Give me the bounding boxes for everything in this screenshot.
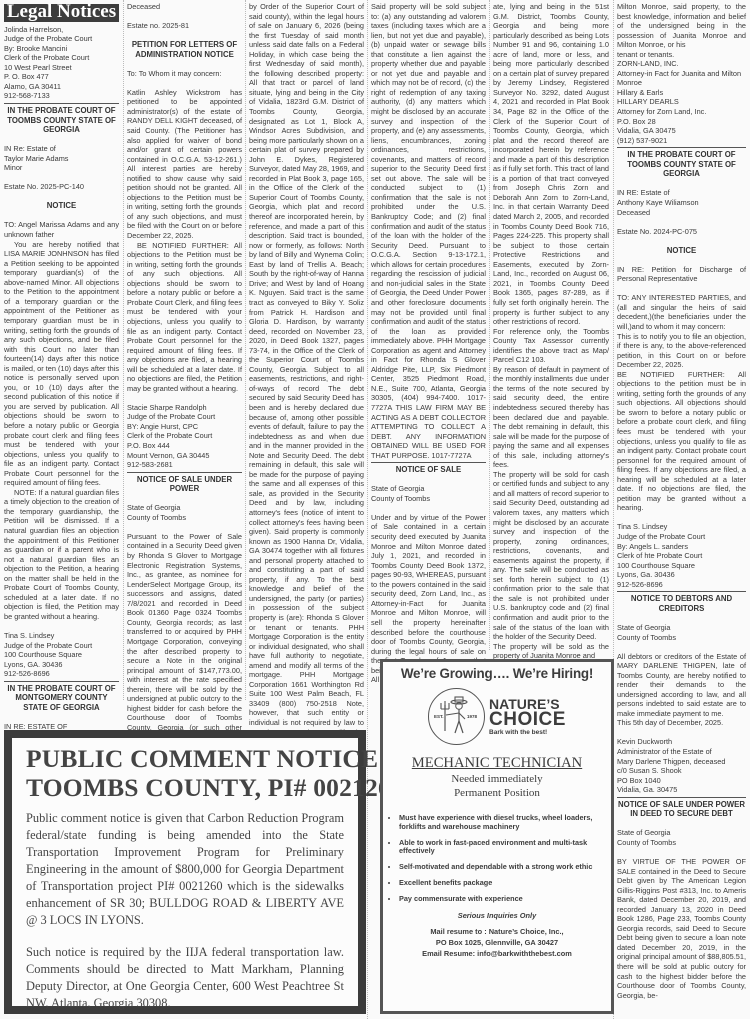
- brand-tagline: Bark with the best!: [489, 729, 566, 736]
- sale-body-continued: by Order of the Superior Court of said c…: [249, 2, 364, 747]
- notice-body: This is to notify you to file an objecti…: [617, 332, 746, 370]
- divider: [4, 681, 119, 682]
- job-type: Permanent Position: [389, 786, 605, 800]
- sig-line: Attorney for Zorn Land, Inc.: [617, 107, 746, 117]
- sig-line: PO Box 1040: [617, 776, 746, 786]
- requirement-item: Able to work in fast-paced environment a…: [399, 839, 605, 857]
- sig-line: HILLARY DEARLS: [617, 97, 746, 107]
- sale-heading: NOTICE OF SALE UNDER POWER: [127, 475, 242, 494]
- state-line: State of Georgia: [617, 623, 746, 633]
- divider: [617, 591, 746, 592]
- requirement-item: Excellent benefits package: [399, 879, 605, 888]
- sig-line: By: Angels L. sanders: [617, 542, 746, 552]
- public-comment-subtitle: TOOMBS COUNTY, PI# 0021260: [26, 773, 344, 802]
- sig-line: Clerk of the Probate Court: [4, 53, 119, 63]
- notice-of-sale-body: Under and by virtue of the Power of Sale…: [371, 513, 486, 675]
- sig-line: Mount Vernon, GA 30445: [127, 451, 242, 461]
- state-line: State of Georgia: [127, 503, 242, 513]
- status-line: Deceased: [127, 2, 242, 12]
- county-line: County of Toombs: [127, 513, 242, 523]
- requirement-item: Must have experience with diesel trucks,…: [399, 814, 605, 832]
- sig-line: Clerk of hte Probate Court: [617, 551, 746, 561]
- job-title: MECHANIC TECHNICIAN: [389, 755, 605, 772]
- sig-line: Kevin Duckworth: [617, 737, 746, 747]
- sig-line: 912-526-8696: [4, 669, 119, 679]
- column-1: Legal Notices Jolinda Harrelson, Judge o…: [4, 0, 119, 741]
- column-2: Deceased Estate no. 2025-81 PETITION FOR…: [127, 0, 242, 742]
- sale-body: Pursuant to the Power of Sale contained …: [127, 532, 242, 742]
- email-link[interactable]: Email Resume: info@barkwiththebest.com: [389, 948, 605, 959]
- ad-headline: We’re Growing…. We’re Hiring!: [389, 666, 605, 681]
- sig-line: By: Brooke Mancini: [4, 44, 119, 54]
- sig-line: BY: Angie Hurst, CPC: [127, 422, 242, 432]
- sig-line: Lyons, GA. 30436: [4, 660, 119, 670]
- sig-line: Judge of the Probate Court: [617, 532, 746, 542]
- mail-line: Mail resume to : Nature’s Choice, Inc.,: [389, 926, 605, 937]
- estate-number: Estate No. 2024-PC-075: [617, 227, 746, 237]
- default-paragraph: By reason of default in payment of the m…: [493, 365, 609, 470]
- deed-sale-body: BY VIRTUE OF THE POWER OF SALE contained…: [617, 857, 746, 1000]
- public-comment-notice: PUBLIC COMMENT NOTICE TOOMBS COUNTY, PI#…: [4, 730, 366, 1014]
- state-line: State of Georgia: [371, 484, 486, 494]
- column-divider: [489, 0, 491, 650]
- sale-terms: Said property will be sold subject to: (…: [371, 2, 486, 460]
- sig-line: Vidalia, GA 30475: [617, 126, 746, 136]
- in-re-line: Taylor Marie Adams: [4, 154, 119, 164]
- sig-line: Alamo, GA 30411: [4, 82, 119, 92]
- sig-line: Judge of the Probate Court: [4, 641, 119, 651]
- county-line: County of Toombs: [371, 494, 486, 504]
- column-divider: [367, 0, 369, 1019]
- county-line: County of Toombs: [617, 838, 746, 848]
- notice-to: TO: Angel Marissa Adams and any unknown …: [4, 220, 119, 239]
- serious-inquiries: Serious Inquiries Only: [389, 911, 605, 920]
- sig-line: Attorney-in Fact for Juanita and Milton …: [617, 69, 746, 88]
- debtors-body: All debtors or creditors of the Estate o…: [617, 652, 746, 719]
- sig-line: c/0 Susan S. Shook: [617, 766, 746, 776]
- petition-subject: IN RE: Petition for Discharge of Persona…: [617, 265, 746, 284]
- in-re-line: IN RE: Estate of: [617, 188, 746, 198]
- logo-est: EST.: [434, 714, 444, 719]
- sig-line: Judge of the Probate Court: [4, 34, 119, 44]
- sig-line: Tina S. Lindsey: [617, 522, 746, 532]
- sig-line: 100 Courthouse Square: [617, 561, 746, 571]
- sig-line: Mary Darlene Thigpen, deceased: [617, 757, 746, 767]
- estate-number: Estate no. 2025-81: [127, 21, 242, 31]
- signature-block: Jolinda Harrelson, Judge of the Probate …: [4, 25, 119, 101]
- sig-line: Lyons, Ga. 30436: [617, 570, 746, 580]
- sig-line: 912-568-7133: [4, 91, 119, 101]
- sig-line: tenant or tenants.: [617, 50, 746, 60]
- divider: [127, 472, 242, 473]
- requirement-item: Pay commensurate with experience: [399, 895, 605, 904]
- public-comment-contact: Such notice is required by the IIJA fede…: [26, 944, 344, 1012]
- sig-line: Hillary & Earls: [617, 88, 746, 98]
- brand-name: NATURE’S CHOICE Bark with the best!: [489, 697, 566, 736]
- sig-line: 10 West Pearl Street: [4, 63, 119, 73]
- notice-to: TO: ANY INTERESTED PARTIES, and (all and…: [617, 293, 746, 331]
- court-heading: IN THE PROBATE COURT OF TOOMBS COUNTY ST…: [617, 150, 746, 179]
- sig-line: Clerk of the Probate Court: [127, 431, 242, 441]
- sig-line: 912-526-8696: [617, 580, 746, 590]
- sig-line: Judge of the Probate Court: [127, 412, 242, 422]
- brand-line-2: CHOICE: [489, 711, 566, 729]
- farmer-logo-icon: EST. 1978: [428, 688, 485, 745]
- notice-heading: NOTICE: [4, 201, 119, 211]
- column-divider: [123, 0, 125, 700]
- job-urgency: Needed immediately: [389, 772, 605, 786]
- public-comment-body: Public comment notice is given that Carb…: [26, 810, 344, 929]
- in-re-line: Anthony Kaye Wiliamson: [617, 198, 746, 208]
- court-heading: IN THE PROBATE COURT OF MONTGOMERY COUNT…: [4, 684, 119, 713]
- sale-conditions: The property will be sold for cash or ce…: [493, 470, 609, 642]
- sig-line: Stacie Sharpe Randolph: [127, 403, 242, 413]
- mail-address: PO Box 1025, Glennville, GA 30427: [389, 937, 605, 948]
- sig-line: Administrator of the Estate of: [617, 747, 746, 757]
- notice-of-sale-heading: NOTICE OF SALE: [371, 465, 486, 475]
- in-re-line: IN Re: Estate of: [4, 144, 119, 154]
- estate-number: Estate No. 2025-PC-140: [4, 182, 119, 192]
- debtors-heading: NOTICE TO DEBTORS AND CREDITORS: [617, 594, 746, 613]
- sig-line: 912-583-2681: [127, 460, 242, 470]
- section-title: Legal Notices: [4, 4, 119, 22]
- divider: [4, 103, 119, 104]
- notice-body: You are hereby notified that LISA MARIE …: [4, 240, 119, 488]
- column-4: Said property will be sold subject to: (…: [371, 0, 486, 685]
- notice-date: This 5th day of December, 2025.: [617, 718, 746, 728]
- petition-further: BE NOTIFIED FURTHER: All objections to t…: [127, 241, 242, 394]
- sig-line: ZORN-LAND, INC.: [617, 59, 746, 69]
- column-5: ate, lying and being in the 51st G.M. Di…: [493, 0, 609, 661]
- sig-line: Jolinda Harrelson,: [4, 25, 119, 35]
- in-re-line: Deceased: [617, 208, 746, 218]
- petition-body: Katlin Ashley Wickstrom has petitioned t…: [127, 88, 242, 241]
- county-line: County of Toombs: [617, 633, 746, 643]
- sig-line: P.O. Box 28: [617, 117, 746, 127]
- divider: [617, 797, 746, 798]
- notice-heading: NOTICE: [617, 246, 746, 256]
- sig-line: Vidalia, Ga. 30475: [617, 785, 746, 795]
- notice-further: BE NOTIFIED FURTHER: All objections to t…: [617, 370, 746, 513]
- state-line: State of Georgia: [617, 828, 746, 838]
- column-6: Milton Monroe, said property, to the bes…: [617, 0, 746, 1000]
- property-owner: The property will be sold as the propert…: [493, 642, 609, 661]
- in-re-line: Minor: [4, 163, 119, 173]
- deed-sale-heading: NOTICE OF SALE UNDER POWER IN DEED TO SE…: [617, 800, 746, 819]
- hiring-ad: We’re Growing…. We’re Hiring! EST. 1978 …: [380, 659, 614, 1014]
- sig-line: P.O. Box 444: [127, 441, 242, 451]
- logo-year: 1978: [467, 714, 477, 719]
- sig-line: P. O. Box 477: [4, 72, 119, 82]
- tax-reference: For reference only, the Toombs County Ta…: [493, 327, 609, 365]
- tract-description: ate, lying and being in the 51st G.M. Di…: [493, 2, 609, 327]
- public-comment-title: PUBLIC COMMENT NOTICE: [26, 744, 344, 773]
- notice-note: NOTE: If a natural guardian files a time…: [4, 488, 119, 622]
- requirement-item: Self-motivated and dependable with a str…: [399, 863, 605, 872]
- sig-line: (912) 537-9021: [617, 136, 746, 146]
- column-3: by Order of the Superior Court of said c…: [249, 0, 364, 747]
- company-logo: EST. 1978 NATURE’S CHOICE Bark with the …: [389, 688, 605, 745]
- sig-line: 100 Courthouse Square: [4, 650, 119, 660]
- court-heading: IN THE PROBATE COURT OF TOOMBS COUNTY ST…: [4, 106, 119, 135]
- sig-line: Tina S. Lindsey: [4, 631, 119, 641]
- petition-heading: PETITION FOR LETTERS OF ADMINISTRATION N…: [127, 40, 242, 59]
- owner-continued: Milton Monroe, said property, to the bes…: [617, 2, 746, 50]
- divider: [371, 462, 486, 463]
- notice-to: To: To Whom it may concern:: [127, 69, 242, 79]
- requirements-list: Must have experience with diesel trucks,…: [389, 814, 605, 904]
- divider: [617, 147, 746, 148]
- column-divider: [245, 0, 247, 700]
